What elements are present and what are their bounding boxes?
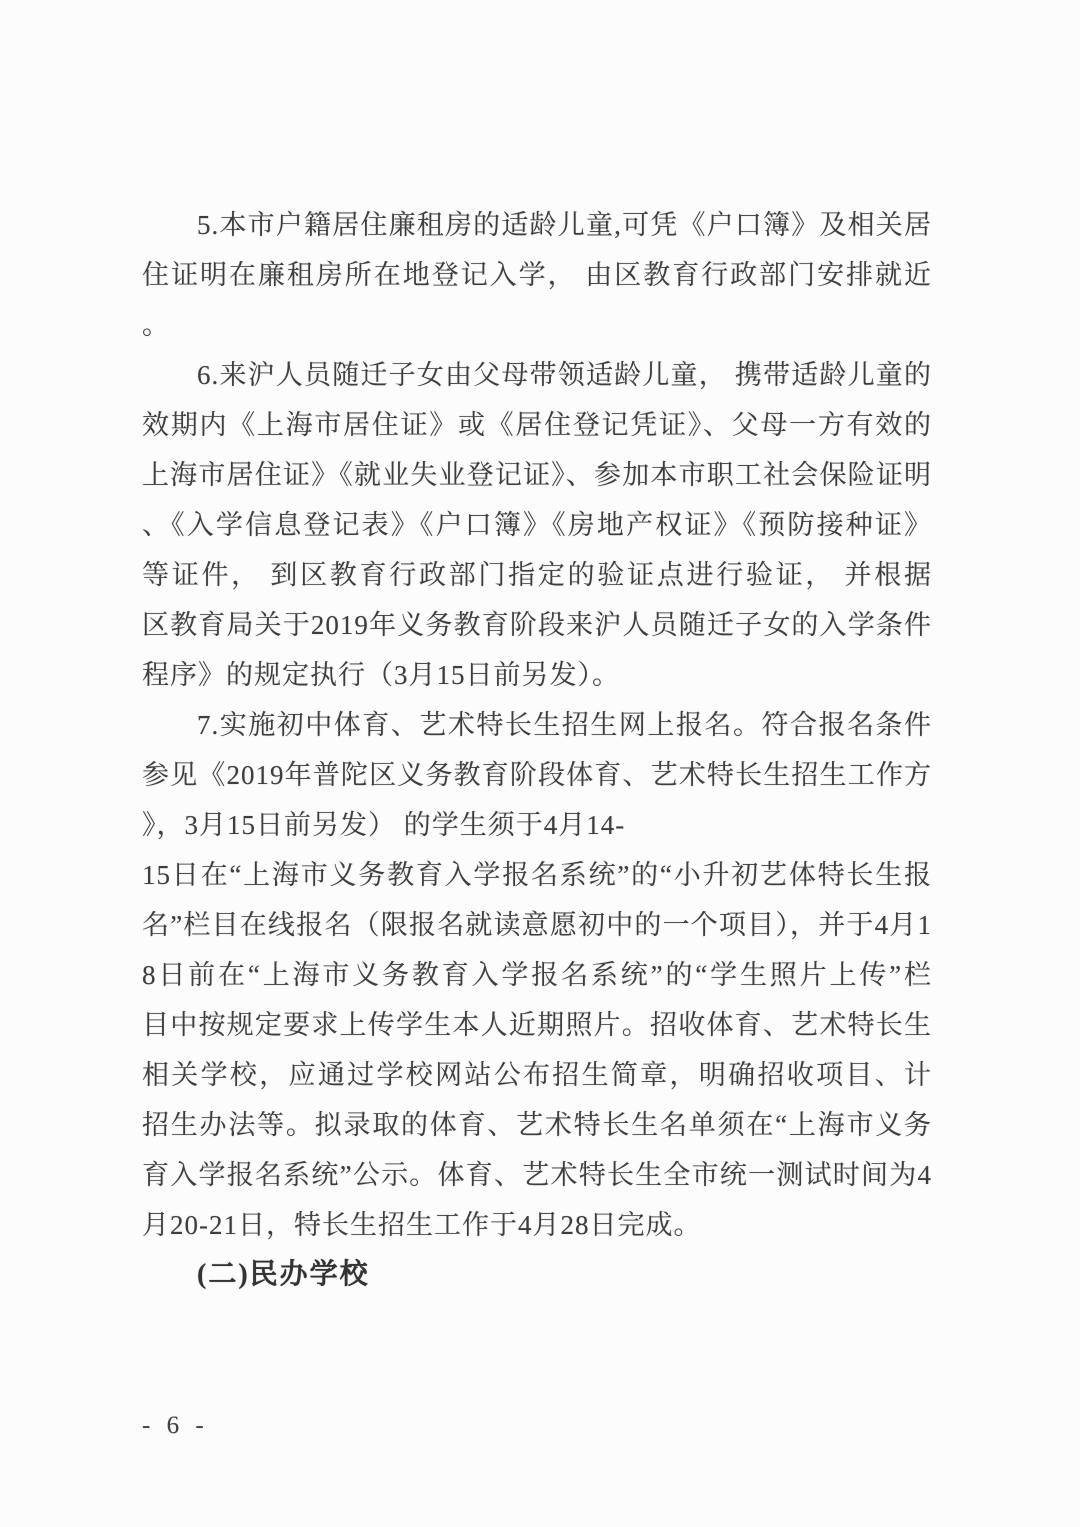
text-line: 》，3月15日前另发） 的学生须于4月14- [142, 800, 932, 850]
document-page: 5.本市户籍居住廉租房的适龄儿童,可凭《户口簿》及相关居 住证明在廉租房所在地登… [0, 0, 1080, 1527]
text-line: 6.来沪人员随迁子女由父母带领适龄儿童， 携带适龄儿童的有 [142, 350, 932, 400]
text-line: 7.实施初中体育、艺术特长生招生网上报名。符合报名条件（ [142, 700, 932, 750]
text-line: 。 [142, 300, 932, 350]
text-line: 相关学校，应通过学校网站公布招生简章，明确招收项目、计划、 [142, 1050, 932, 1100]
text-line: 区教育局关于2019年义务教育阶段来沪人员随迁子女的入学条件及 [142, 600, 932, 650]
text-line: 月20-21日，特长生招生工作于4月28日完成。 [142, 1200, 932, 1250]
text-line: 15日在“上海市义务教育入学报名系统”的“小升初艺体特长生报 [142, 850, 932, 900]
text-line: 、《入学信息登记表》《户口簿》《房地产权证》《预防接种证》 [142, 500, 932, 550]
text-line: 参见《2019年普陀区义务教育阶段体育、艺术特长生招生工作方案 [142, 750, 932, 800]
text-line: 8日前在“上海市义务教育入学报名系统”的“学生照片上传”栏 [142, 950, 932, 1000]
page-number: - 6 - [142, 1412, 209, 1440]
text-line: 名”栏目在线报名（限报名就读意愿初中的一个项目），并于4月1 [142, 900, 932, 950]
text-line: 目中按规定要求上传学生本人近期照片。招收体育、艺术特长生的 [142, 1000, 932, 1050]
text-line: 招生办法等。拟录取的体育、艺术特长生名单须在“上海市义务教 [142, 1100, 932, 1150]
document-body: 5.本市户籍居住廉租房的适龄儿童,可凭《户口簿》及相关居 住证明在廉租房所在地登… [142, 200, 932, 1300]
text-line: 5.本市户籍居住廉租房的适龄儿童,可凭《户口簿》及相关居 [142, 200, 932, 250]
section-heading: (二)民办学校 [142, 1250, 932, 1300]
text-line: 等证件， 到区教育行政部门指定的验证点进行验证， 并根据《普陀 [142, 550, 932, 600]
text-line: 住证明在廉租房所在地登记入学， 由区教育行政部门安排就近入学 [142, 250, 932, 300]
text-line: 效期内《上海市居住证》或《居住登记凭证》、父母一方有效的《 [142, 400, 932, 450]
text-line: 育入学报名系统”公示。体育、艺术特长生全市统一测试时间为4 [142, 1150, 932, 1200]
text-line: 上海市居住证》《就业失业登记证》、参加本市职工社会保险证明 [142, 450, 932, 500]
text-line: 程序》的规定执行（3月15日前另发）。 [142, 650, 932, 700]
